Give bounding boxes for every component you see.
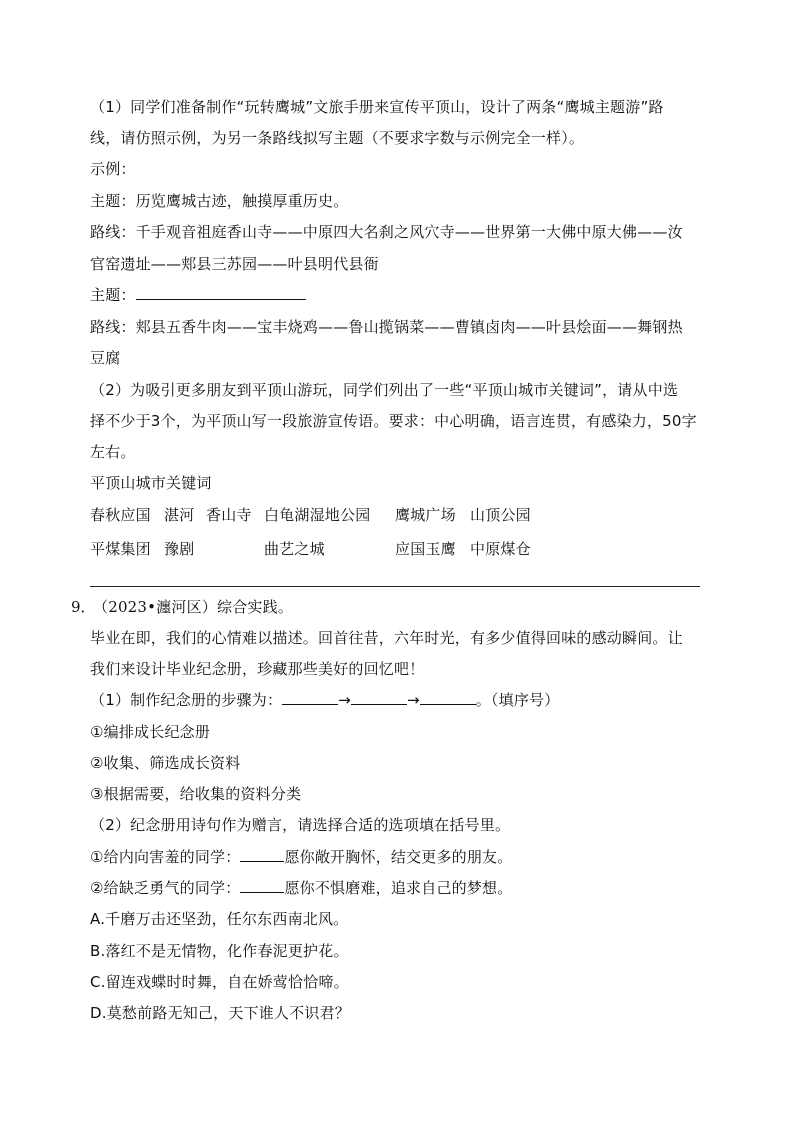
step-blank-3[interactable] — [420, 690, 476, 705]
keyword: 山顶公园 — [470, 505, 531, 525]
keyword: 湛河 — [164, 505, 194, 525]
answer-line[interactable] — [90, 586, 700, 587]
gift2-prefix: ②给缺乏勇气的同学： — [90, 879, 240, 897]
option-d: D.莫愁前路无知己，天下谁人不识君？ — [90, 1003, 350, 1023]
theme-answer-row: 主题： — [90, 285, 306, 305]
intro-line1: 毕业在即，我们的心情难以描述。回首往昔，六年时光，有多少值得回味的感动瞬间。让 — [90, 628, 683, 648]
keyword: 香山寺 — [206, 505, 252, 525]
example-label: 示例： — [90, 159, 136, 179]
keyword: 白龟湖湿地公园 — [264, 505, 370, 525]
sub2-text: （2）纪念册用诗句作为赠言，请选择合适的选项填在括号里。 — [90, 815, 510, 835]
theme-label: 主题： — [90, 286, 136, 304]
keywords-title: 平顶山城市关键词 — [90, 473, 212, 493]
gift-row-2: ②给缺乏勇气的同学：愿你不惧磨难，追求自己的梦想。 — [90, 878, 512, 898]
example-theme: 主题：历览鹰城古迹，触摸厚重历史。 — [90, 191, 348, 211]
keyword: 中原煤仓 — [470, 539, 531, 559]
example-route-line2: 官窑遗址——郏县三苏园——叶县明代县衙 — [90, 254, 379, 274]
gift-row-1: ①给内向害羞的同学：愿你敞开胸怀，结交更多的朋友。 — [90, 847, 512, 867]
step-item: ②收集、筛选成长资料 — [90, 753, 240, 773]
example-route-line1: 路线：千手观音祖庭香山寺——中原四大名刹之风穴寺——世界第一大佛中原大佛——汝 — [90, 222, 683, 242]
route2-line1: 路线：郏县五香牛肉——宝丰烧鸡——鲁山揽锅菜——曹镇卤肉——叶县烩面——舞钢热 — [90, 317, 683, 337]
option-a: A.千磨万击还坚劲，任尔东西南北风。 — [90, 909, 348, 929]
step-blank-1[interactable] — [282, 690, 338, 705]
gift1-prefix: ①给内向害羞的同学： — [90, 848, 240, 866]
gift-blank-2[interactable] — [240, 878, 284, 893]
theme-answer-blank[interactable] — [136, 285, 306, 300]
question-header: （2023•瀍河区）综合实践。 — [93, 597, 293, 617]
q2-text-line1: （2）为吸引更多朋友到平顶山游玩，同学们列出了一些“平顶山城市关键词”，请从中选 — [90, 380, 678, 400]
q1-text-line1: （1）同学们准备制作“玩转鹰城”文旅手册来宣传平顶山，设计了两条“鹰城主题游”路 — [90, 97, 664, 117]
keyword: 豫剧 — [164, 539, 194, 559]
keyword: 平煤集团 — [90, 539, 151, 559]
option-c: C.留连戏蝶时时舞，自在娇莺恰恰啼。 — [90, 972, 349, 992]
intro-line2: 我们来设计毕业纪念册，珍藏那些美好的回忆吧！ — [90, 659, 424, 679]
keyword: 曲艺之城 — [264, 539, 325, 559]
step-item: ③根据需要，给收集的资料分类 — [90, 784, 301, 804]
sub1-prefix: （1）制作纪念册的步骤为： — [90, 691, 282, 709]
step-blank-2[interactable] — [351, 690, 407, 705]
arrow-icon: → — [407, 691, 420, 709]
q1-text-line2: 线，请仿照示例，为另一条路线拟写主题（不要求字数与示例完全一样）。 — [90, 128, 584, 148]
sub1-suffix: 。（填序号） — [476, 691, 560, 709]
q2-text-line2: 择不少于3个，为平顶山写一段旅游宣传语。要求：中心明确，语言连贯，有感染力，50… — [90, 411, 697, 431]
route2-line2: 豆腐 — [90, 348, 120, 368]
step-item: ①编排成长纪念册 — [90, 722, 210, 742]
gift2-suffix: 愿你不惧磨难，追求自己的梦想。 — [284, 879, 512, 897]
keyword: 春秋应国 — [90, 505, 151, 525]
sub1-row: （1）制作纪念册的步骤为：→→。（填序号） — [90, 690, 559, 710]
keyword: 应国玉鹰 — [395, 539, 456, 559]
question-number: 9． — [71, 597, 96, 617]
keyword: 鹰城广场 — [395, 505, 456, 525]
gift-blank-1[interactable] — [240, 847, 284, 862]
gift1-suffix: 愿你敞开胸怀，结交更多的朋友。 — [284, 848, 512, 866]
option-b: B.落红不是无情物，化作春泥更护花。 — [90, 941, 349, 961]
arrow-icon: → — [338, 691, 351, 709]
q2-text-line3: 左右。 — [90, 442, 136, 462]
